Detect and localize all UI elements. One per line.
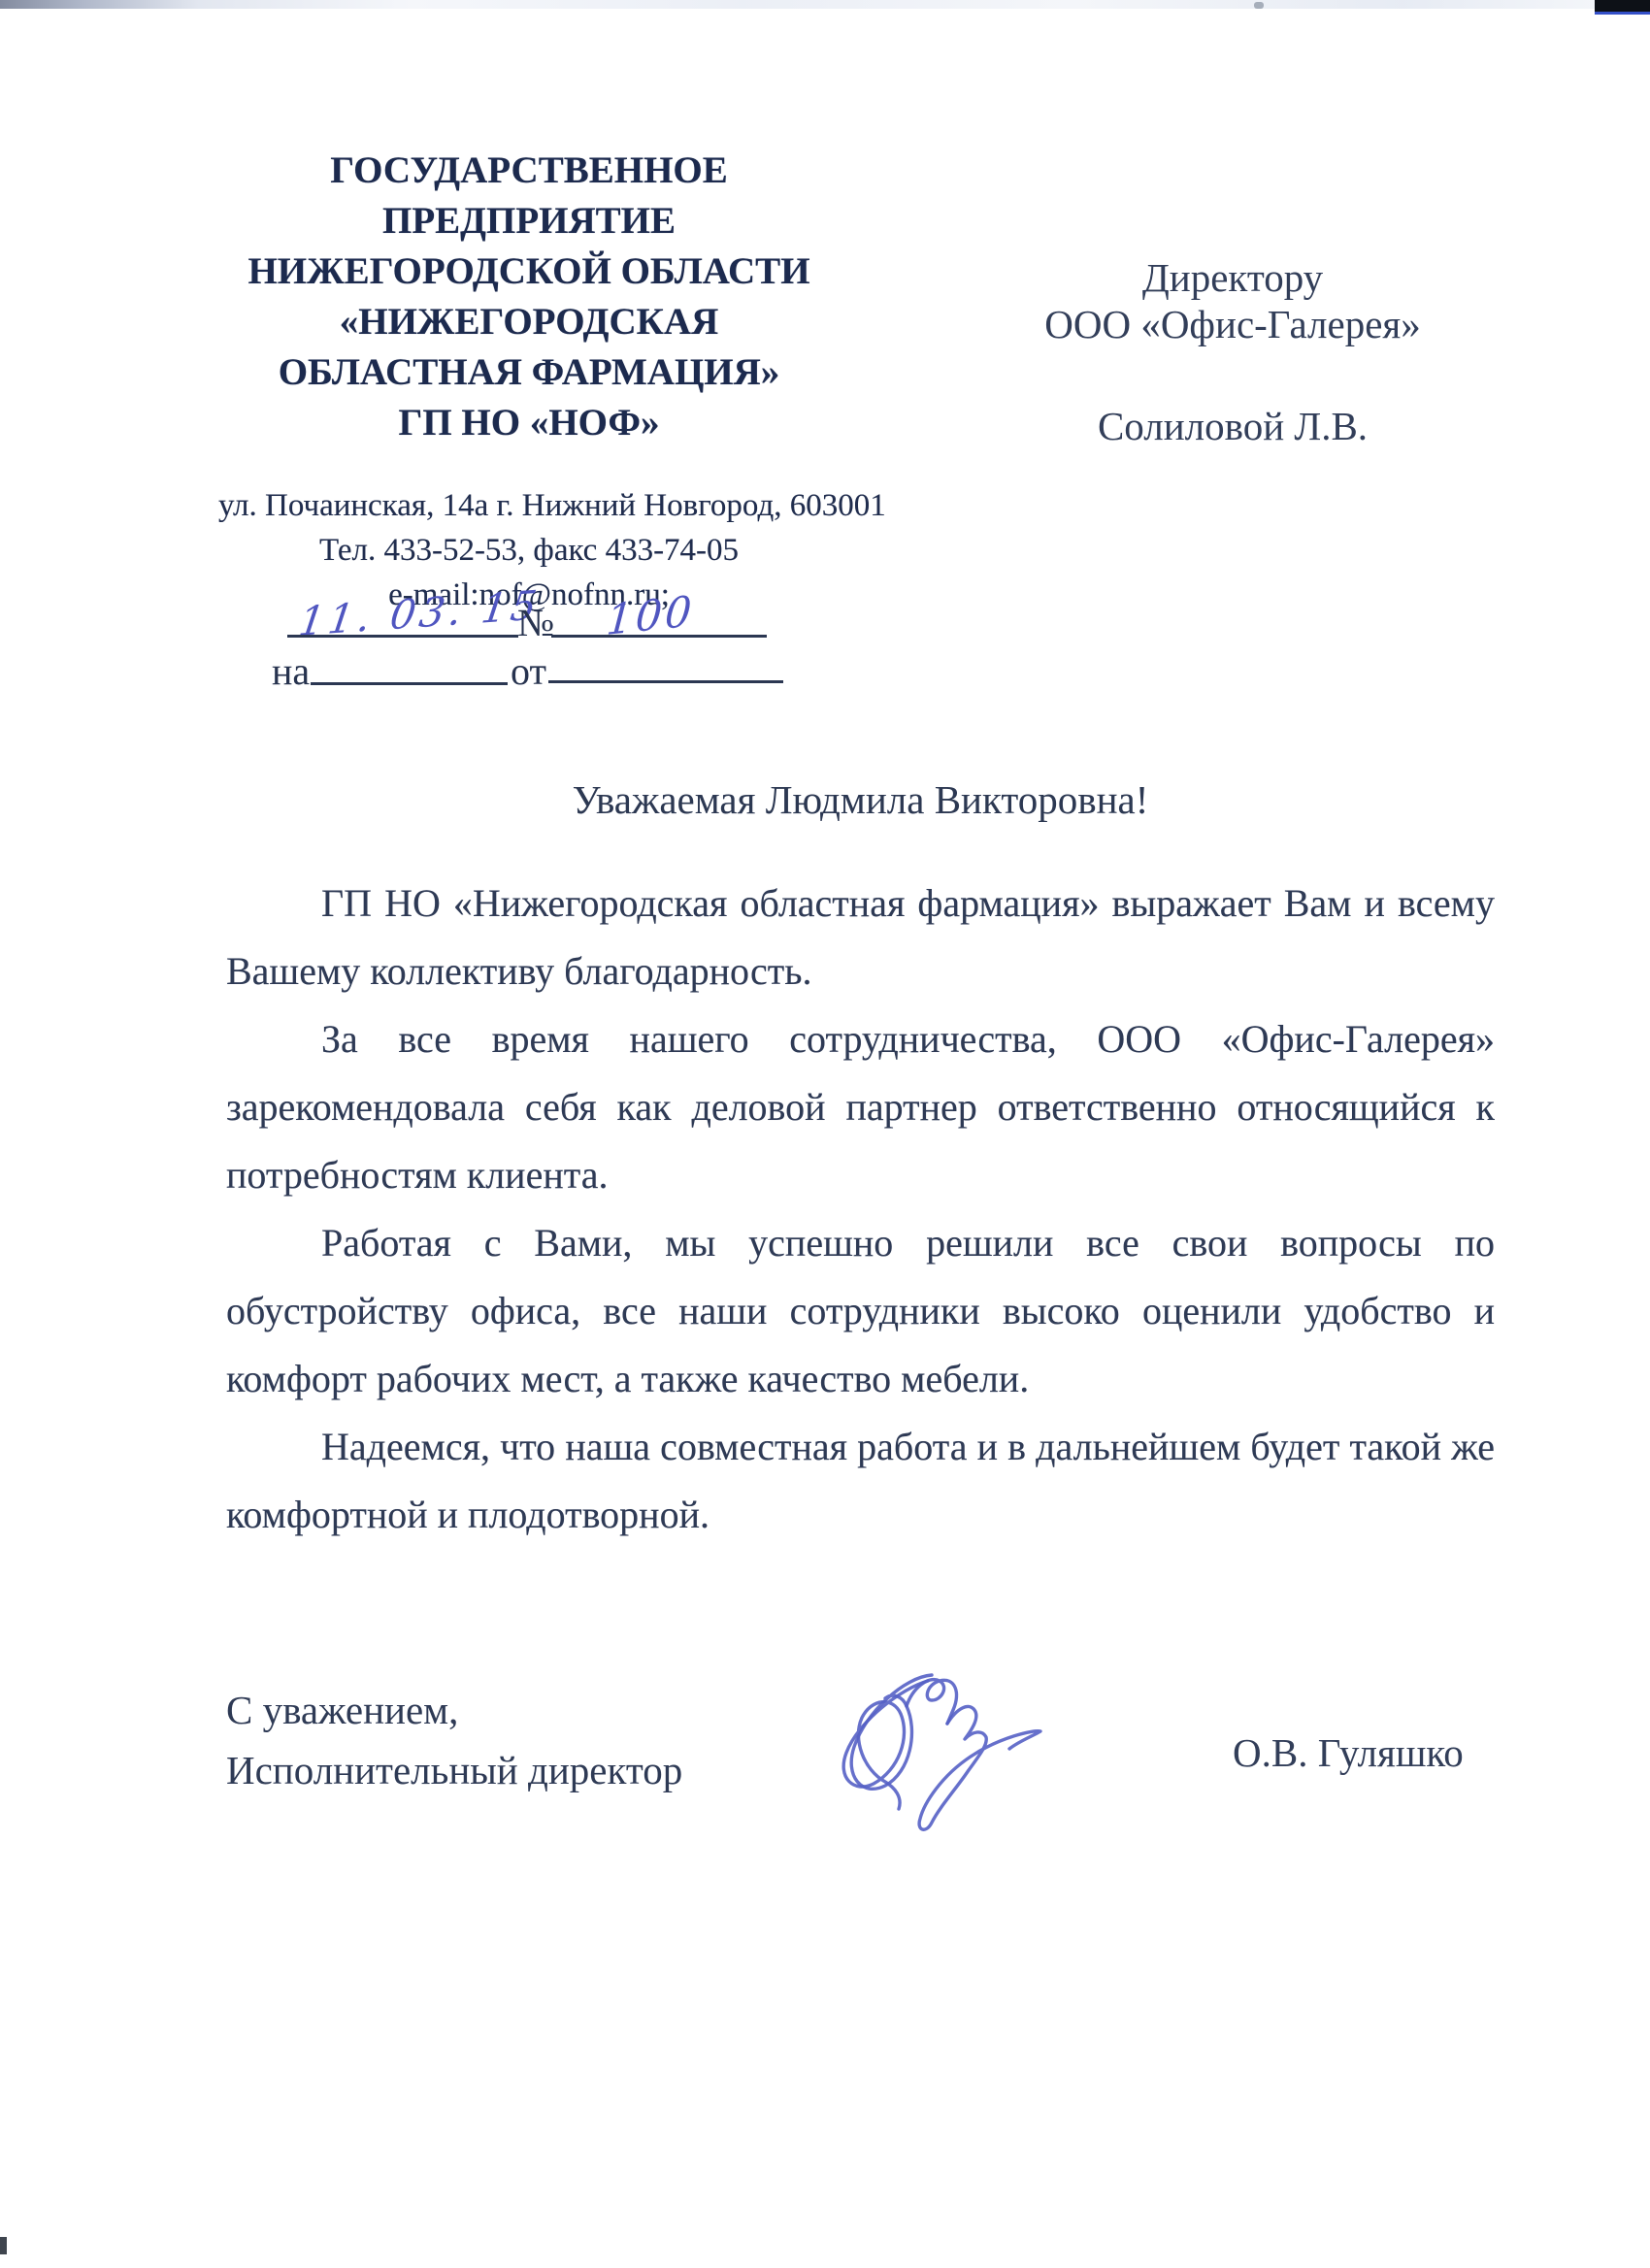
ref-number-handwritten: 100 xyxy=(562,582,740,649)
salutation: Уважаемая Людмила Викторовна! xyxy=(226,776,1495,823)
body-line: потребностям клиента. xyxy=(226,1141,1495,1209)
body-line: комфортной и плодотворной. xyxy=(226,1481,1495,1549)
body-line: Вашему коллективу благодарность. xyxy=(226,937,1495,1005)
closing-position: Исполнительный директор xyxy=(226,1747,682,1793)
ref-reply-from-underline xyxy=(548,680,783,683)
ref-reply-to-underline xyxy=(311,682,508,685)
recipient-block: Директору ООО «Офис-Галерея» Солиловой Л… xyxy=(1039,254,1427,449)
body-line: За все время нашего сотрудничества, ООО … xyxy=(226,1005,1495,1073)
letterhead-org-block: ГОСУДАРСТВЕННОЕ ПРЕДПРИЯТИЕ НИЖЕГОРОДСКО… xyxy=(238,146,820,448)
ref-reply-to-label: на xyxy=(272,648,310,694)
letterhead-phone-fax: Тел. 433-52-53, факс 433-74-05 xyxy=(218,528,840,573)
scan-corner-black-mark xyxy=(1595,0,1650,15)
ref-number-underline xyxy=(551,635,767,638)
letterhead-address: ул. Почаинская, 14а г. Нижний Новгород, … xyxy=(218,483,840,528)
signer-name: О.В. Гуляшко xyxy=(1233,1729,1464,1776)
body-line: комфорт рабочих мест, а также качество м… xyxy=(226,1345,1495,1413)
letterhead-org-line: «НИЖЕГОРОДСКАЯ xyxy=(238,297,820,347)
body-line: Надеемся, что наша совместная работа и в… xyxy=(226,1413,1495,1481)
body-line: обустройству офиса, все наши сотрудники … xyxy=(226,1277,1495,1345)
scan-speck xyxy=(0,2237,7,2254)
letterhead-org-line: ГП НО «НОФ» xyxy=(238,398,820,448)
scanned-letter-page: ГОСУДАРСТВЕННОЕ ПРЕДПРИЯТИЕ НИЖЕГОРОДСКО… xyxy=(0,0,1650,2268)
body-line: зарекомендовала себя как деловой партнер… xyxy=(226,1073,1495,1141)
recipient-company: ООО «Офис-Галерея» xyxy=(1039,301,1427,347)
body-line: Работая с Вами, мы успешно решили все св… xyxy=(226,1209,1495,1277)
letterhead-org-line: ПРЕДПРИЯТИЕ xyxy=(238,196,820,247)
ref-reply-from-label: от xyxy=(511,648,546,694)
ref-number-sign: № xyxy=(517,600,554,645)
letterhead-org-line: ГОСУДАРСТВЕННОЕ xyxy=(238,146,820,196)
ref-date-underline xyxy=(287,635,518,638)
handwritten-signature-ink xyxy=(815,1640,1068,1849)
recipient-title: Директору xyxy=(1039,254,1427,301)
letter-body: ГП НО «Нижегородская областная фармация»… xyxy=(226,870,1495,1549)
scan-edge-strip xyxy=(0,0,1650,9)
letterhead-org-line: НИЖЕГОРОДСКОЙ ОБЛАСТИ xyxy=(238,247,820,297)
closing-regards: С уважением, xyxy=(226,1687,458,1733)
scan-speck xyxy=(1254,2,1264,9)
recipient-name: Солиловой Л.В. xyxy=(1039,403,1427,449)
reference-block: 11. 03. 15 № 100 на от xyxy=(272,582,854,708)
body-line: ГП НО «Нижегородская областная фармация»… xyxy=(226,870,1495,937)
letterhead-org-line: ОБЛАСТНАЯ ФАРМАЦИЯ» xyxy=(238,347,820,398)
